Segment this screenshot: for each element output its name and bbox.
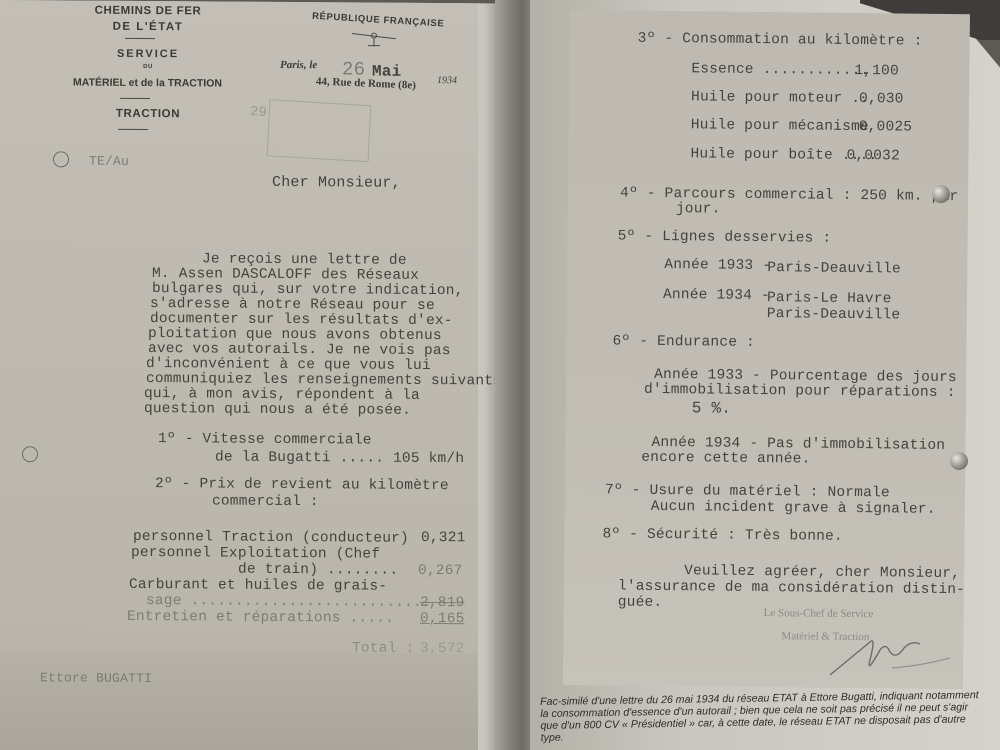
cost-value: 2,819 <box>420 595 465 611</box>
consumption-label: Huile pour moteur .. <box>691 89 869 107</box>
consumption-value: 0,030 <box>859 91 904 107</box>
cost-label: sage ........................... <box>146 593 431 611</box>
department-label: MATÉRIEL et de la TRACTION <box>55 76 240 89</box>
item-4-line-1: 4º - Parcours commercial : 250 km. par <box>620 186 958 206</box>
cost-label: Carburant et huiles de grais- <box>129 577 387 595</box>
divider <box>118 129 148 130</box>
service-label: SERVICE <box>78 48 218 61</box>
year-1933-label: Année 1933 - <box>664 257 771 274</box>
line-served: Paris-Deauville <box>767 306 901 323</box>
consumption-value: 1,100 <box>854 63 899 79</box>
item-1-line-1: 1º - Vitesse commerciale <box>158 431 372 448</box>
line-served: Paris-Le Havre <box>767 290 892 307</box>
punch-hole-icon <box>22 446 38 462</box>
signature <box>820 620 960 680</box>
letter-page-2: 3º - Consommation au kilomètre : Essence… <box>563 10 970 689</box>
cost-value: 0,267 <box>418 563 463 579</box>
line-served: Paris-Deauville <box>767 260 901 277</box>
year-1934-label: Année 1934 - <box>663 287 770 304</box>
item-6-heading: 6º - Endurance : <box>612 333 755 350</box>
consumption-value: 0,0032 <box>846 148 900 165</box>
immobilisation-percentage: 5 %. <box>692 399 731 417</box>
consumption-label: Huile pour mécanisme <box>691 117 869 135</box>
punch-hole-icon <box>53 151 69 167</box>
closing-line-3: guée. <box>618 595 663 611</box>
item-7-line-2: Aucun incident grave à signaler. <box>651 499 936 518</box>
org-line-1: CHEMINS DE FER <box>78 5 218 18</box>
body-line: question qui nous a été posée. <box>144 401 411 419</box>
cost-label: personnel Traction (conducteur) <box>133 529 409 547</box>
received-stamp: 29 <box>267 99 372 162</box>
cost-label: de train) ........ <box>238 562 398 579</box>
item-8: 8º - Sécurité : Très bonne. <box>602 526 842 545</box>
place-prefix: Paris, le <box>280 59 317 71</box>
punch-hole-icon <box>932 185 950 203</box>
stamp-number: 29 <box>249 104 267 121</box>
item-1-line-2: de la Bugatti ..... 105 km/h <box>215 450 464 468</box>
republic-label: RÉPUBLIQUE FRANÇAISE <box>312 11 445 30</box>
cost-label: Entretien et réparations ..... <box>127 609 394 627</box>
consumption-value: 0,0025 <box>859 119 913 136</box>
item-4-line-2: jour. <box>676 201 721 217</box>
addressee-footer: Ettore BUGATTI <box>40 670 152 686</box>
republic-emblem-icon <box>352 30 396 50</box>
letter-page-1: CHEMINS DE FER DE L'ÉTAT SERVICE DU MATÉ… <box>0 0 478 653</box>
item-3-heading: 3º - Consommation au kilomètre : <box>638 31 923 50</box>
divider <box>120 98 150 99</box>
item-2-line-1: 2º - Prix de revient au kilomètre <box>155 476 449 494</box>
cost-value: 0,165 <box>420 611 465 627</box>
division-label: TRACTION <box>78 108 218 121</box>
figure-caption: Fac-similé d'une lettre du 26 mai 1934 d… <box>540 689 981 744</box>
left-page: CHEMINS DE FER DE L'ÉTAT SERVICE DU MATÉ… <box>0 0 505 750</box>
item-5-heading: 5º - Lignes desservies : <box>618 229 832 247</box>
consumption-label: Essence ............ <box>691 61 869 79</box>
reference: TE/Au <box>89 154 129 169</box>
item-2-line-2: commercial : <box>212 493 319 510</box>
org-line-2: DE L'ÉTAT <box>78 21 218 34</box>
endurance-1934-line-2: encore cette année. <box>641 450 810 468</box>
endurance-1933-line-2: d'immobilisation pour réparations : <box>644 382 956 401</box>
letter-year: 1934 <box>437 75 457 86</box>
punch-hole-icon <box>950 452 968 470</box>
closing-line-2: l'assurance de ma considération distin- <box>618 579 965 599</box>
left-page-margin: Ettore BUGATTI <box>0 650 478 750</box>
salutation: Cher Monsieur, <box>272 174 401 192</box>
item-7-line-1: 7º - Usure du matériel : Normale <box>605 482 890 501</box>
cost-value: 0,321 <box>421 530 466 546</box>
du-label: DU <box>78 64 218 71</box>
cost-table: personnel Traction (conducteur) 0,321 pe… <box>0 0 478 3</box>
cost-label: personnel Exploitation (Chef <box>131 545 380 563</box>
signatory-line-1: Le Sous-Chef de Service <box>764 607 874 620</box>
divider <box>125 38 155 39</box>
